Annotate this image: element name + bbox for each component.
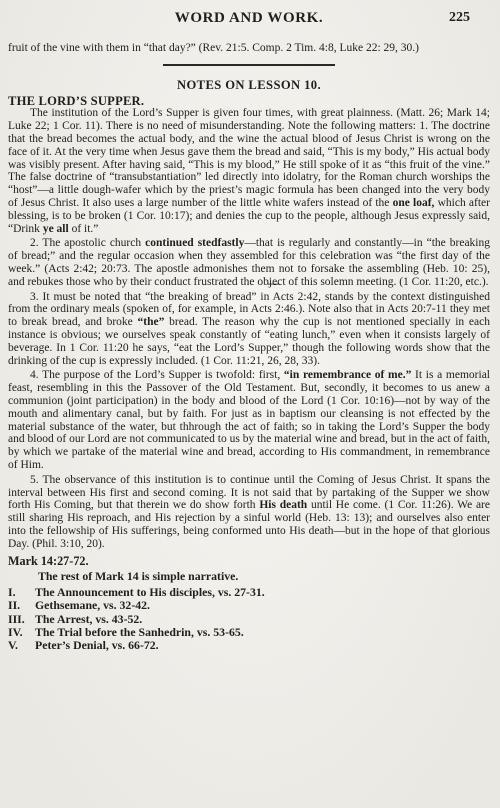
outline-item: III.The Arrest, vs. 43-52. xyxy=(8,613,490,626)
text-run: continued stedfastly xyxy=(145,237,244,249)
carryover-paragraph: fruit of the vine with them in “that day… xyxy=(8,42,490,55)
text-run: of it.” xyxy=(69,223,99,235)
outline-text: Gethsemane, vs. 32-42. xyxy=(35,598,150,612)
outline-numeral: I. xyxy=(8,586,35,599)
outline-text: The Trial before the Sanhedrin, vs. 53-6… xyxy=(35,625,244,639)
page-header: WORD AND WORK. 225 xyxy=(8,9,490,27)
page-number: 225 xyxy=(449,9,470,27)
text-run: fruit of the vine with them in “that day… xyxy=(8,42,419,54)
outline-item: V.Peter’s Denial, vs. 66-72. xyxy=(8,639,490,652)
text-run: It is a memorial feast, resembling in th… xyxy=(8,369,490,471)
text-run: 2. The apostolic church xyxy=(30,237,145,249)
text-run: 4. The purpose of the Lord’s Supper is t… xyxy=(30,369,284,381)
outline-numeral: IV. xyxy=(8,626,35,639)
outline-text: Peter’s Denial, vs. 66-72. xyxy=(35,638,159,652)
outline-numeral: V. xyxy=(8,639,35,652)
scanned-page: WORD AND WORK. 225 fruit of the vine wit… xyxy=(0,0,500,808)
outline-numeral: II. xyxy=(8,599,35,612)
outline-text: The Arrest, vs. 43-52. xyxy=(35,612,142,626)
text-run: The institution of the Lord’s Supper is … xyxy=(8,107,490,209)
journal-title: WORD AND WORK. xyxy=(175,9,324,27)
narrative-note: The rest of Mark 14 is simple narrative. xyxy=(8,570,490,583)
outline-item: II.Gethsemane, vs. 32-42. xyxy=(8,599,490,612)
outline-item: I.The Announcement to His disciples, vs.… xyxy=(8,586,490,599)
text-run: one loaf, xyxy=(393,197,435,209)
text-run: “the” xyxy=(138,316,165,328)
outline-numeral: III. xyxy=(8,613,35,626)
scripture-heading: Mark 14:27-72. xyxy=(8,555,490,568)
text-run: ye all xyxy=(43,223,69,235)
text-run: “in remembrance of me.” xyxy=(284,369,411,381)
outline-text: The Announcement to His disciples, vs. 2… xyxy=(35,585,265,599)
paragraph-3: 3. It must be noted that “the breaking o… xyxy=(8,291,490,368)
text-run: His death xyxy=(259,499,307,511)
paragraph-4: 4. The purpose of the Lord’s Supper is t… xyxy=(8,369,490,471)
paragraph-5: 5. The observance of this institution is… xyxy=(8,474,490,551)
lesson-title: THE LORD’S SUPPER. xyxy=(8,95,490,108)
paragraph-1: The institution of the Lord’s Supper is … xyxy=(8,107,490,235)
section-divider-rule xyxy=(163,64,335,66)
paragraph-2: 2. The apostolic church continued stedfa… xyxy=(8,237,490,288)
lesson-outline: I.The Announcement to His disciples, vs.… xyxy=(8,586,490,652)
section-title: NOTES ON LESSON 10. xyxy=(8,79,490,92)
outline-item: IV.The Trial before the Sanhedrin, vs. 5… xyxy=(8,626,490,639)
